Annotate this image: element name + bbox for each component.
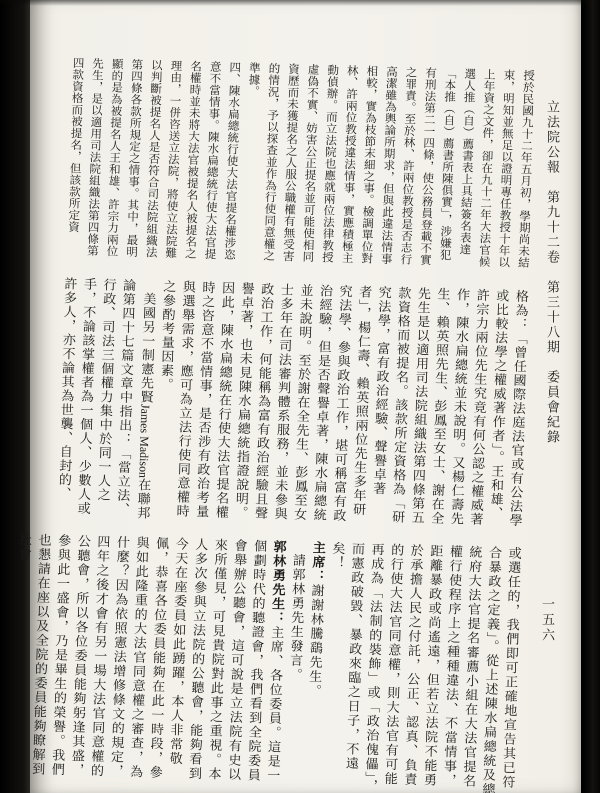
speaker-name: 郭林勇先生： [269,540,286,626]
paragraph: 授於民國九十二年五月初，學期尚未結束，明知並無足以證明專任教授十年以上年資之文件… [238,62,537,270]
paragraph: 格為：「曾任國際法庭法官或有公法學或比較法學之權威著作者」。王和雄、許宗力兩位先… [152,279,531,531]
text-tier-top: 授於民國九十二年五月初，學期尚未結束，明知並無足以證明專任教授十年以上年資之文件… [54,56,537,269]
paragraph: 或選任的，我們即可正確地宣告其已符合暴政之定義」。從上述陳水扁總統及總統府大法官… [321,541,524,793]
paragraph: 郭林勇先生：主席、各位委員。這是一個劃時代的聽證會，我們看到全院委員會舉辦公聽會… [8,532,289,792]
page-number: 一五六 [538,597,557,644]
body-text: 授於民國九十二年五月初，學期尚未結束，明知並無足以證明專任教授十年以上年資之文件… [39,0,539,793]
paragraph: 美國另一制憲先賢James Madison在聯邦論第四十七篇文章中指出：「當立法… [53,277,159,522]
text-tier-middle: 格為：「曾任國際法庭法官或有公法學或比較法學之權威著作者」。王和雄、許宗力兩位先… [47,276,532,531]
latin-text: James Madison [136,404,152,478]
gazette-page: 立法院公報 第九十二卷 第三十八期 委員會紀錄 一五六 授於民國九十二年五月初，… [30,0,581,793]
paragraph: 四、陳水扁總統行使大法官提名權涉恣意不當情事。陳水扁總統行使大法官提名權時並未將… [62,57,244,262]
scan-edge-right [584,0,600,793]
speaker-name: 主席： [310,541,326,584]
text-tier-bottom: 或選任的，我們即可正確地宣告其已符合暴政之定義」。從上述陳水扁總統及總統府大法官… [39,533,524,793]
scanned-gazette-screenshot: 立法院公報 第九十二卷 第三十八期 委員會紀錄 一五六 授於民國九十二年五月初，… [0,0,600,793]
scan-edge-top [0,0,600,6]
